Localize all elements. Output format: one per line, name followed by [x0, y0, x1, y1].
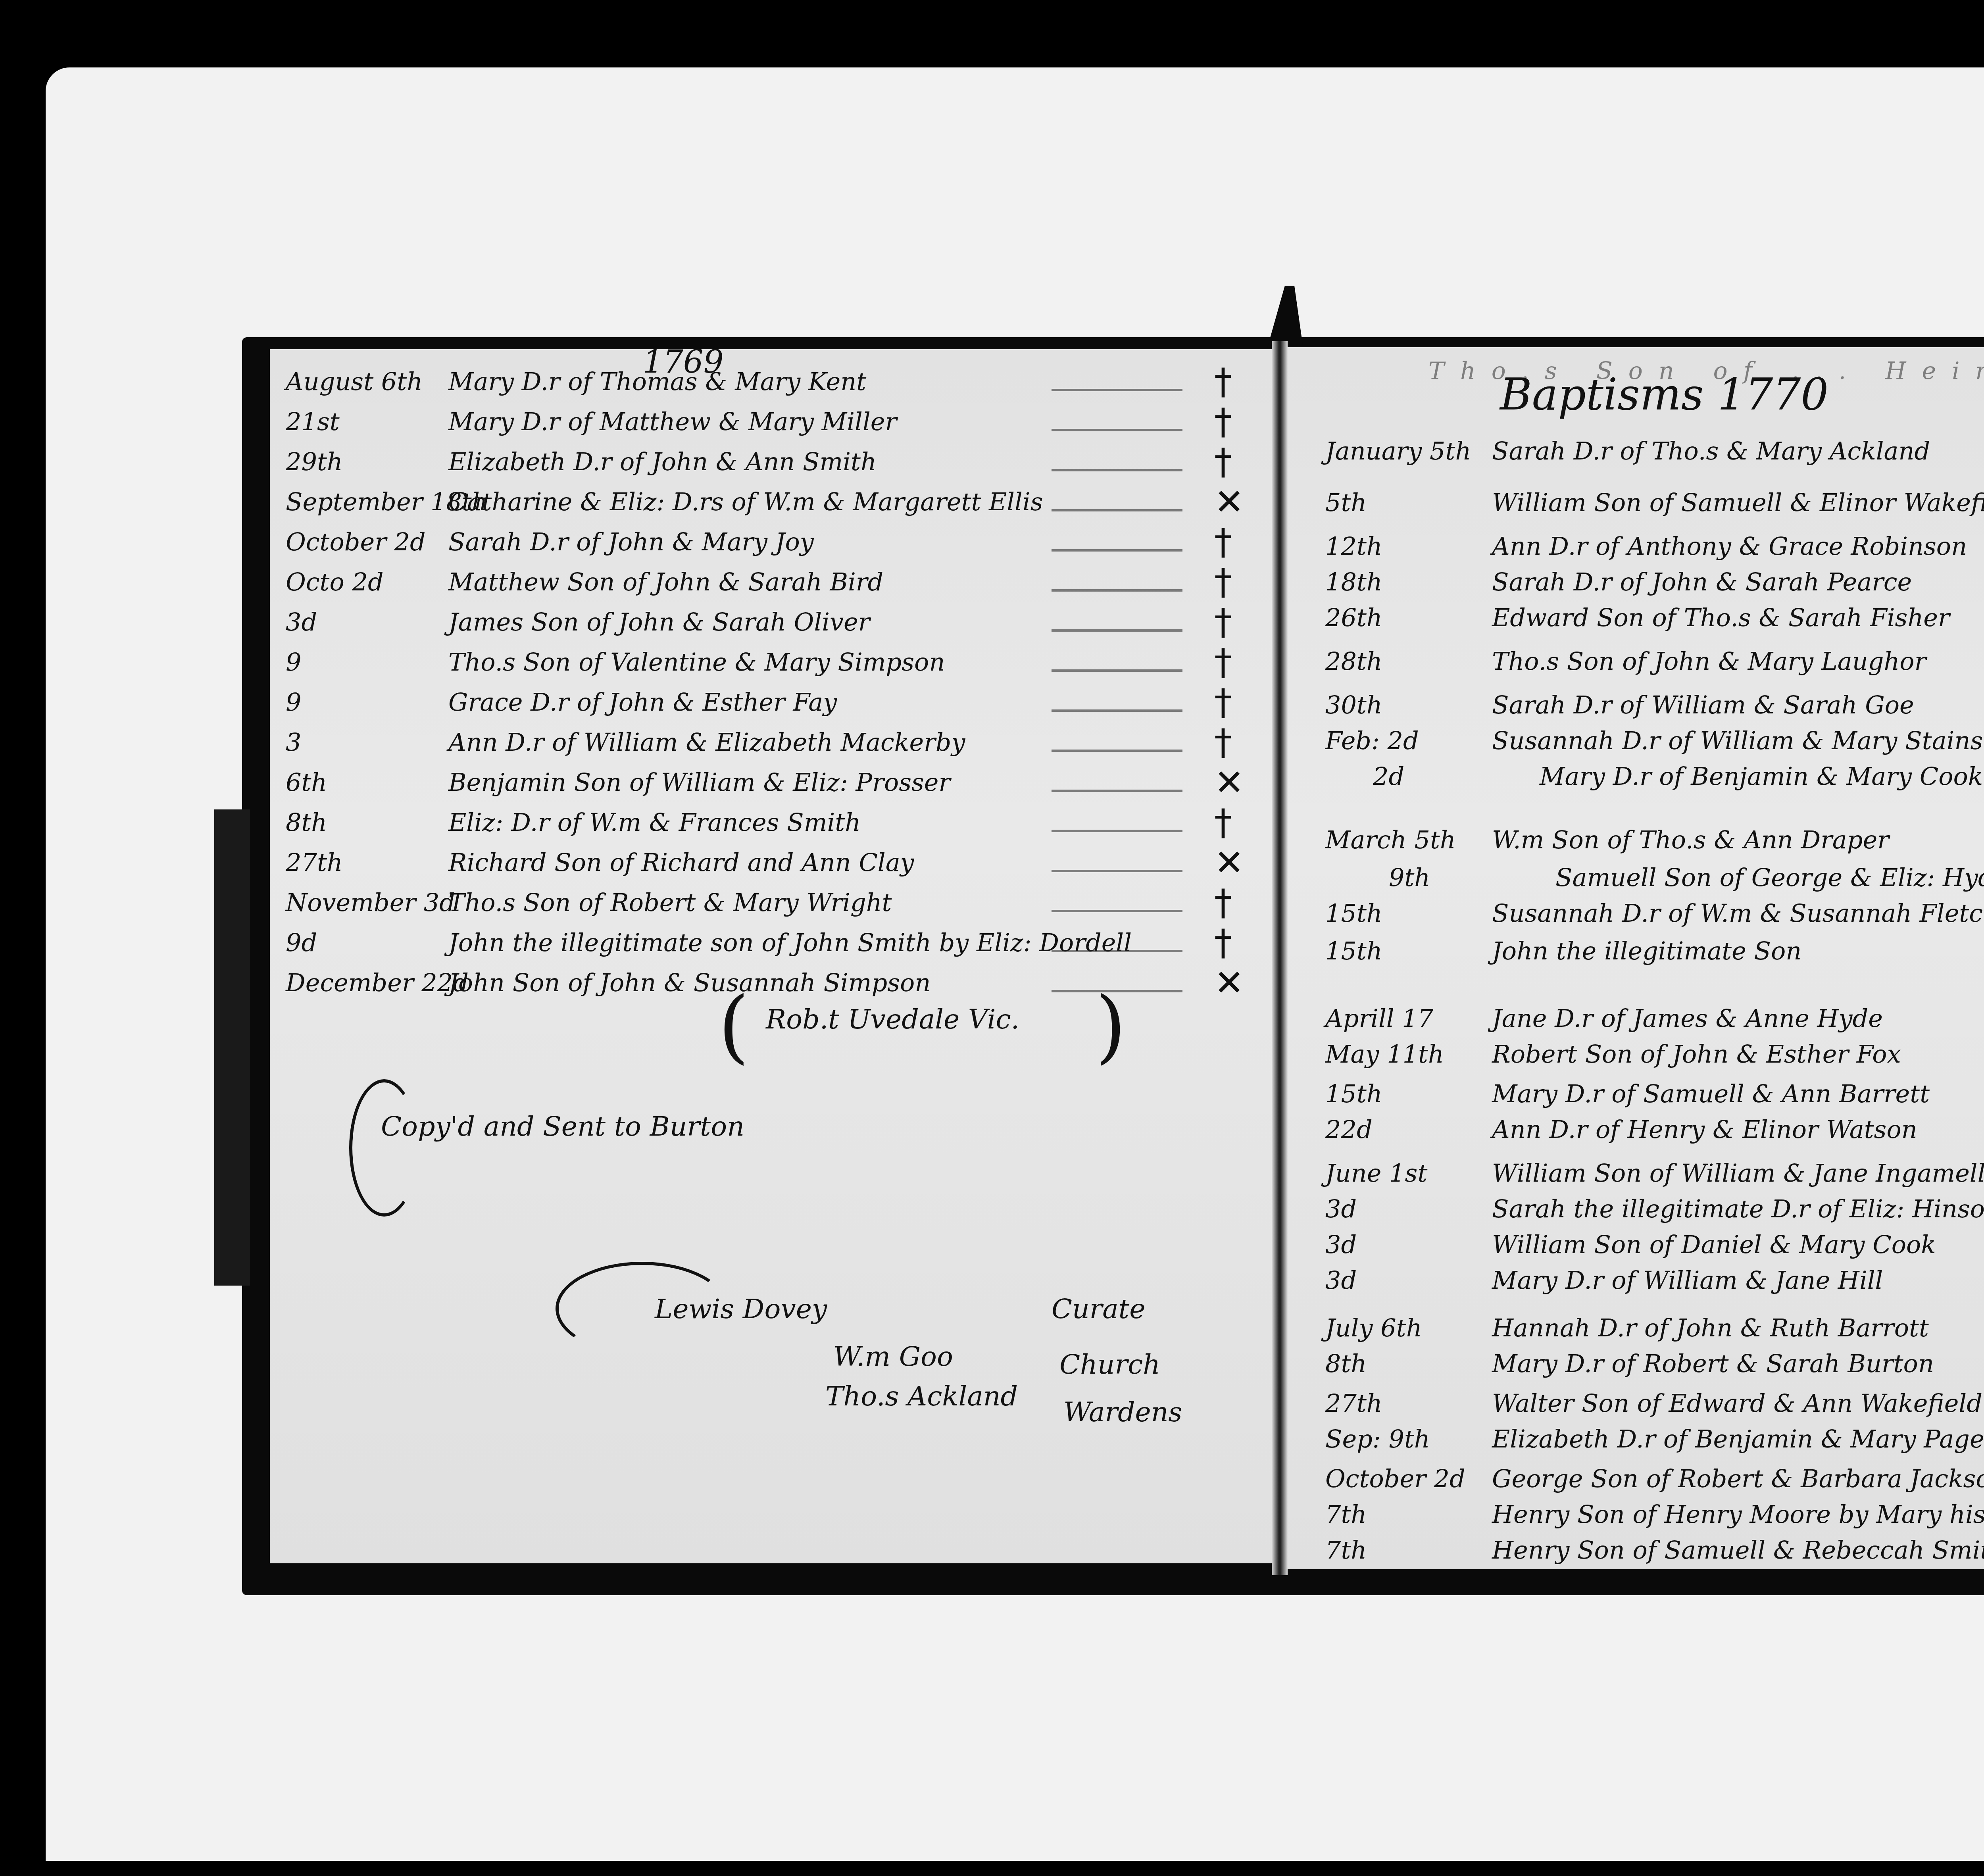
- entry-text: Sarah D.r of Tho.s & Mary Ackland: [1492, 436, 1930, 465]
- entry-date: 28th: [1325, 647, 1382, 676]
- entry-text: Edward Son of Tho.s & Sarah Fisher: [1492, 603, 1950, 632]
- open-bracket: (: [718, 980, 749, 1073]
- cross-mark-icon: ✕: [1214, 962, 1244, 1004]
- cover-edge: [214, 809, 250, 1286]
- entry-date: July 6th: [1325, 1313, 1422, 1342]
- entry-date: 22d: [1325, 1115, 1373, 1144]
- entry-text: Tho.s Son of John & Mary Laughor: [1492, 647, 1926, 676]
- entry-date: May 11th: [1325, 1040, 1444, 1069]
- entry-text: Benjamin Son of William & Eliz: Prosser: [448, 768, 950, 797]
- leader-dash: [1052, 830, 1182, 832]
- signature-curate-name: Lewis Dovey: [655, 1294, 827, 1325]
- leader-dash: [1052, 709, 1182, 712]
- entry-text: Mary D.r of William & Jane Hill: [1492, 1266, 1883, 1295]
- entry-text: Susannah D.r of William & Mary Stains: [1492, 726, 1983, 755]
- entry-date: 3d: [1325, 1194, 1357, 1223]
- signature-warden2-name: Tho.s Ackland: [825, 1381, 1018, 1412]
- entry-date: Feb: 2d: [1325, 726, 1419, 755]
- tick-cross-mark-icon: †: [1214, 441, 1232, 483]
- leader-dash: [1052, 790, 1182, 792]
- entry-date: 18th: [1325, 567, 1382, 596]
- entry-text: Sarah D.r of John & Mary Joy: [448, 527, 814, 556]
- entry-text: Grace D.r of John & Esther Fay: [448, 688, 837, 717]
- entry-date: 27th: [286, 848, 343, 877]
- entry-date: 8th: [286, 808, 327, 837]
- entry-text: Ann D.r of Anthony & Grace Robinson: [1492, 532, 1967, 561]
- cross-mark-icon: ✕: [1214, 762, 1244, 803]
- entry-text: John the illegitimate Son: [1492, 936, 1801, 965]
- tick-cross-mark-icon: †: [1214, 802, 1232, 844]
- entry-date: 15th: [1325, 936, 1382, 965]
- leader-dash: [1052, 629, 1182, 632]
- entry-text: Ann D.r of Henry & Elinor Watson: [1492, 1115, 1917, 1144]
- leader-dash: [1052, 389, 1182, 391]
- entry-date: Aprill 17: [1325, 1004, 1433, 1033]
- entry-date: 9th: [1389, 863, 1430, 892]
- entry-date: 7th: [1325, 1536, 1367, 1565]
- entry-text: Ann D.r of William & Elizabeth Mackerby: [448, 728, 965, 757]
- entry-text: Eliz: D.r of W.m & Frances Smith: [448, 808, 861, 837]
- entry-date: 9: [286, 648, 301, 677]
- entry-date: Octo 2d: [286, 567, 384, 596]
- entry-date: 8th: [1325, 1349, 1367, 1378]
- leader-dash: [1052, 910, 1182, 912]
- entry-date: 21st: [286, 407, 340, 436]
- vicar-signoff: Rob.t Uvedale Vic.: [766, 1004, 1019, 1035]
- entry-date: January 5th: [1325, 436, 1471, 465]
- tick-cross-mark-icon: †: [1214, 882, 1232, 924]
- entry-date: 3d: [1325, 1266, 1357, 1295]
- entry-text: Samuell Son of George & Eliz: Hyder: [1555, 863, 1984, 892]
- entry-text: William Son of Samuell & Elinor Wakefiel…: [1492, 488, 1984, 517]
- book-spine: [1272, 341, 1288, 1575]
- entry-text: Elizabeth D.r of Benjamin & Mary Page: [1492, 1424, 1984, 1453]
- close-bracket: ): [1095, 980, 1126, 1073]
- entry-text: Tho.s Son of Valentine & Mary Simpson: [448, 648, 945, 677]
- entry-text: Robert Son of John & Esther Fox: [1492, 1040, 1901, 1069]
- entry-text: John the illegitimate son of John Smith …: [448, 928, 1132, 957]
- tick-cross-mark-icon: †: [1214, 722, 1232, 763]
- entry-date: October 2d: [286, 527, 426, 556]
- entry-text: Jane D.r of James & Anne Hyde: [1492, 1004, 1883, 1033]
- entry-date: December 22d: [286, 968, 469, 997]
- entry-text: Mary D.r of Samuell & Ann Barrett: [1492, 1079, 1930, 1108]
- leader-dash: [1052, 429, 1182, 431]
- entry-date: 15th: [1325, 1079, 1382, 1108]
- entry-date: 2d: [1373, 762, 1404, 791]
- leader-dash: [1052, 750, 1182, 752]
- entry-date: 9: [286, 688, 301, 717]
- entry-text: Sarah the illegitimate D.r of Eliz: Hins…: [1492, 1194, 1984, 1223]
- entry-date: 6th: [286, 768, 327, 797]
- signature-warden-role-church: Church: [1059, 1349, 1160, 1380]
- entry-text: Hannah D.r of John & Ruth Barrott: [1492, 1313, 1929, 1342]
- entry-text: James Son of John & Sarah Oliver: [448, 607, 870, 636]
- tick-cross-mark-icon: †: [1214, 682, 1232, 723]
- copied-note: Copy'd and Sent to Burton: [381, 1111, 744, 1142]
- entry-date: 7th: [1325, 1500, 1367, 1529]
- entry-date: 29th: [286, 447, 343, 476]
- right-page-heading: Baptisms 1770: [1500, 369, 1828, 420]
- entry-date: August 6th: [286, 367, 423, 396]
- leader-dash: [1052, 549, 1182, 552]
- entry-date: October 2d: [1325, 1464, 1465, 1493]
- entry-text: Mary D.r of Thomas & Mary Kent: [448, 367, 866, 396]
- entry-text: Henry Son of Henry Moore by Mary his wif…: [1492, 1500, 1984, 1529]
- entry-date: March 5th: [1325, 825, 1456, 854]
- entry-date: 27th: [1325, 1389, 1382, 1418]
- tick-cross-mark-icon: †: [1214, 602, 1232, 643]
- entry-text: William Son of William & Jane Ingamell: [1492, 1159, 1984, 1188]
- entry-text: Elizabeth D.r of John & Ann Smith: [448, 447, 877, 476]
- entry-text: George Son of Robert & Barbara Jackson: [1492, 1464, 1984, 1493]
- entry-date: November 3d: [286, 888, 455, 917]
- entry-text: Walter Son of Edward & Ann Wakefield: [1492, 1389, 1982, 1418]
- entry-date: 12th: [1325, 532, 1382, 561]
- entry-date: June 1st: [1325, 1159, 1427, 1188]
- entry-date: 3d: [286, 607, 317, 636]
- entry-date: 3d: [1325, 1230, 1357, 1259]
- cross-mark-icon: ✕: [1214, 842, 1244, 884]
- leader-dash: [1052, 950, 1182, 952]
- entry-date: 15th: [1325, 899, 1382, 928]
- signature-warden-role-wardens: Wardens: [1063, 1397, 1182, 1428]
- signature-warden1-name: W.m Goo: [833, 1341, 953, 1372]
- tick-cross-mark-icon: †: [1214, 361, 1232, 403]
- entry-date: 3: [286, 728, 301, 757]
- entry-text: Catharine & Eliz: D.rs of W.m & Margaret…: [448, 487, 1043, 516]
- tick-cross-mark-icon: †: [1214, 561, 1232, 603]
- entry-text: William Son of Daniel & Mary Cook: [1492, 1230, 1936, 1259]
- entry-date: 26th: [1325, 603, 1382, 632]
- leader-dash: [1052, 469, 1182, 471]
- entry-date: 9d: [286, 928, 317, 957]
- leader-dash: [1052, 669, 1182, 672]
- entry-text: Richard Son of Richard and Ann Clay: [448, 848, 914, 877]
- entry-date: 30th: [1325, 690, 1382, 719]
- entry-date: Sep: 9th: [1325, 1424, 1430, 1453]
- entry-text: Matthew Son of John & Sarah Bird: [448, 567, 883, 596]
- copyd-flourish: [349, 1079, 419, 1217]
- signature-curate-role: Curate: [1052, 1294, 1145, 1325]
- entry-text: John Son of John & Susannah Simpson: [448, 968, 930, 997]
- entry-text: Sarah D.r of John & Sarah Pearce: [1492, 567, 1912, 596]
- tick-cross-mark-icon: †: [1214, 521, 1232, 563]
- tick-cross-mark-icon: †: [1214, 922, 1232, 964]
- entry-text: Mary D.r of Robert & Sarah Burton: [1492, 1349, 1934, 1378]
- entry-text: Tho.s Son of Robert & Mary Wright: [448, 888, 892, 917]
- tick-cross-mark-icon: †: [1214, 642, 1232, 683]
- entry-text: Susannah D.r of W.m & Susannah Fletcher: [1492, 899, 1984, 928]
- leader-dash: [1052, 589, 1182, 592]
- entry-text: W.m Son of Tho.s & Ann Draper: [1492, 825, 1889, 854]
- entry-date: 5th: [1325, 488, 1367, 517]
- entry-text: Mary D.r of Matthew & Mary Miller: [448, 407, 897, 436]
- entry-text: Henry Son of Samuell & Rebeccah Smith: [1492, 1536, 1984, 1565]
- tick-cross-mark-icon: †: [1214, 401, 1232, 443]
- leader-dash: [1052, 870, 1182, 872]
- entry-text: Sarah D.r of William & Sarah Goe: [1492, 690, 1914, 719]
- leader-dash: [1052, 509, 1182, 511]
- entry-text: Mary D.r of Benjamin & Mary Cook: [1540, 762, 1983, 791]
- cross-mark-icon: ✕: [1214, 481, 1244, 523]
